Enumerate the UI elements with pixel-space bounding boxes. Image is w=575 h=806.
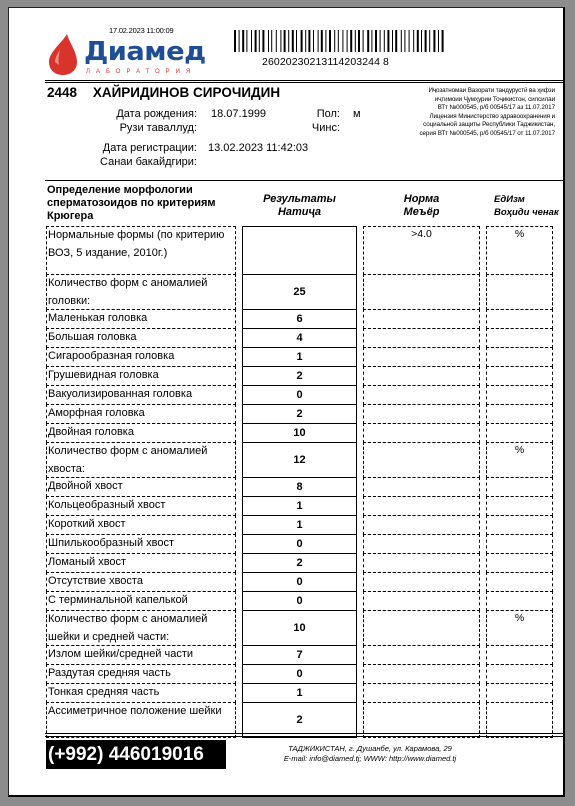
row-name: Количество форм с аномалией хвоста: [46,442,236,478]
row-norm [363,645,480,665]
column-header-norm: Норма Меъёр [363,193,480,219]
column-header-result: Результаты Натиҷа [242,193,357,219]
row-name: Аморфная головка [46,404,236,424]
row-result: 0 [242,572,357,592]
row-unit [486,423,553,443]
row-result: 2 [242,553,357,573]
row-name: Шпилькообразный хвост [46,534,236,554]
row-result: 0 [242,664,357,684]
row-name: Ломаный хвост [46,553,236,573]
row-name: Количество форм с аномалией шейки и сред… [46,610,236,646]
row-norm [363,572,480,592]
row-unit [486,496,553,516]
row-unit [486,664,553,684]
row-unit [486,404,553,424]
address-block: ТАДЖИКИСТАН, г. Душанбе, ул. Карамова, 2… [255,744,485,764]
row-name: Раздутая средняя часть [46,664,236,684]
row-norm [363,366,480,386]
row-name: Нормальные формы (по критерию ВОЗ, 5 изд… [46,226,236,275]
row-norm [363,309,480,329]
row-unit [486,366,553,386]
patient-heading: 2448 ХАЙРИДИНОВ СИРОЧИДИН [47,85,280,100]
row-result: 8 [242,477,357,497]
row-name: Сигарообразная головка [46,347,236,367]
row-result: 1 [242,515,357,535]
row-norm [363,515,480,535]
row-unit [486,328,553,348]
row-name: С терминальной капелькой [46,591,236,611]
row-unit [486,572,553,592]
row-unit [486,591,553,611]
row-name: Количество форм с аномалией головки: [46,274,236,310]
row-unit: % [486,442,553,478]
row-unit [486,553,553,573]
row-result: 12 [242,442,357,478]
column-header-norm-tj: Меъёр [363,206,480,219]
test-title: Определение морфологии сперматозоидов по… [47,184,247,223]
row-norm [363,423,480,443]
row-unit [486,683,553,703]
column-header-unit-ru: ЕдИзм [494,193,566,206]
row-result: 0 [242,534,357,554]
row-result: 4 [242,328,357,348]
header-divider [45,82,565,83]
row-result: 0 [242,385,357,405]
row-unit: % [486,610,553,646]
license-line: иҷтимоии Ҷумҳурии Тоҷикистон, силсилаи [365,96,555,105]
row-unit: % [486,226,553,275]
row-norm [363,534,480,554]
license-line: серия ВТт №000545, р/б 00545/17 от 11.07… [365,130,555,139]
row-name: Короткий хвост [46,515,236,535]
patient-name: ХАЙРИДИНОВ СИРОЧИДИН [93,85,280,100]
row-result: 2 [242,404,357,424]
patient-id: 2448 [47,85,77,100]
row-name: Двойной хвост [46,477,236,497]
column-header-result-ru: Результаты [242,193,357,206]
printed-timestamp: 17.02.2023 11:00:09 [109,26,173,35]
logo-name: Диамед [84,38,206,66]
row-result: 10 [242,610,357,646]
row-name: Грушевидная головка [46,366,236,386]
row-unit [486,477,553,497]
row-unit [486,347,553,367]
row-unit [486,534,553,554]
row-norm [363,496,480,516]
sex-value: м [353,108,361,120]
column-header-norm-ru: Норма [363,193,480,206]
row-result: 10 [242,423,357,443]
row-unit [486,274,553,310]
row-norm [363,347,480,367]
row-norm [363,553,480,573]
row-norm [363,274,480,310]
row-name: Маленькая головка [46,309,236,329]
barcode [234,30,444,52]
license-info: Иҷозатномаи Вазорати тандурустӣ ва ҳифзи… [365,87,555,139]
header-divider [45,80,565,81]
row-unit [486,309,553,329]
row-name: Двойная головка [46,423,236,443]
sex-label: Пол: [160,108,340,120]
license-line: Иҷозатномаи Вазорати тандурустӣ ва ҳифзи [365,87,555,96]
row-name: Отсутствие хвоста [46,572,236,592]
row-norm: >4.0 [363,226,480,275]
row-name: Кольцеобразный хвост [46,496,236,516]
row-norm [363,385,480,405]
row-norm [363,328,480,348]
row-result: 7 [242,645,357,665]
footer-divider [45,736,565,737]
footer-divider [45,733,565,734]
row-name: Большая головка [46,328,236,348]
phone-number: (+992) 446019016 [46,740,226,769]
row-result: 1 [242,683,357,703]
logo-subtitle: ЛАБОРАТОРИЯ [86,69,196,75]
row-norm [363,664,480,684]
row-unit [486,645,553,665]
row-unit [486,515,553,535]
row-norm [363,683,480,703]
row-name: Тонкая средняя часть [46,683,236,703]
row-name: Излом шейки/средней части [46,645,236,665]
row-result: 1 [242,496,357,516]
address: ТАДЖИКИСТАН, г. Душанбе, ул. Карамова, 2… [255,744,485,754]
barcode-number: 26020230213114203244 8 [262,56,389,68]
row-norm [363,404,480,424]
sex-label-tj: Чинс: [160,122,340,134]
row-name: Вакуолизированная головка [46,385,236,405]
row-norm [363,442,480,478]
blood-drop-icon [43,32,85,76]
row-result [242,226,357,275]
registration-date-label: Дата регистрации: [17,142,197,154]
contacts: E-mail: info@diamed.tj; WWW: http://www.… [255,754,485,764]
column-header-unit-tj: Воҳиди ченак [494,206,566,219]
license-line: ВТт №000545, р/б 00545/17 аз 11.07.2017 [365,104,555,113]
row-norm [363,591,480,611]
row-result: 0 [242,591,357,611]
section-divider [45,180,565,181]
license-line: социальной защиты Республики Таджикистан… [365,121,555,130]
row-unit [486,385,553,405]
column-header-result-tj: Натиҷа [242,206,357,219]
row-result: 25 [242,274,357,310]
row-norm [363,610,480,646]
row-result: 1 [242,347,357,367]
registration-date-value: 13.02.2023 11:42:03 [208,142,308,154]
row-result: 2 [242,366,357,386]
row-norm [363,477,480,497]
registration-date-label-tj: Санаи бакайдгири: [17,156,197,168]
row-result: 6 [242,309,357,329]
column-header-unit: ЕдИзм Воҳиди ченак [494,193,566,219]
